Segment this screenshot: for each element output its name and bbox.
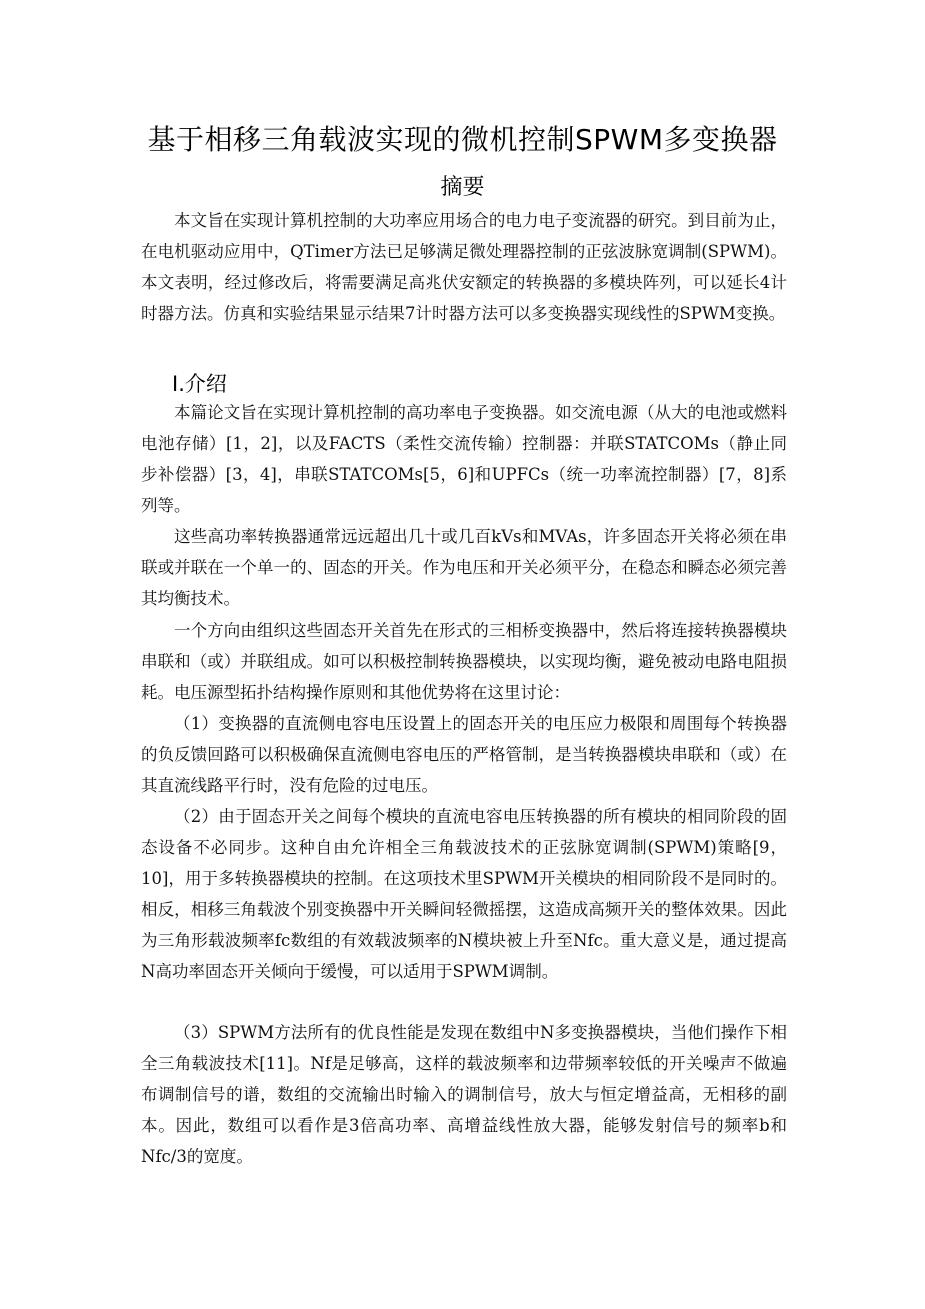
abstract-heading: 摘要 — [0, 170, 925, 201]
intro-paragraph-1: 本篇论文旨在实现计算机控制的高功率电子变换器。如交流电源（从大的电池或燃料电池存… — [141, 397, 787, 521]
section-heading-introduction: Ⅰ.介绍 — [172, 368, 227, 398]
list-item-2: （2）由于固态开关之间每个模块的直流电容电压转换器的所有模块的相同阶段的固态设备… — [141, 801, 787, 987]
intro-paragraph-3: 一个方向由组织这些固态开关首先在形式的三相桥变换器中，然后将连接转换器模块串联和… — [141, 615, 787, 708]
intro-paragraph-2: 这些高功率转换器通常远远超出几十或几百kVs和MVAs，许多固态开关将必须在串联… — [141, 521, 787, 614]
abstract-paragraph: 本文旨在实现计算机控制的大功率应用场合的电力电子变流器的研究。到目前为止，在电机… — [141, 205, 787, 329]
list-item-1: （1）变换器的直流侧电容电压设置上的固态开关的电压应力极限和周围每个转换器的负反… — [141, 708, 787, 801]
document-page: 基于相移三角载波实现的微机控制SPWM多变换器 摘要 本文旨在实现计算机控制的大… — [0, 0, 925, 1309]
list-item-3: （3）SPWM方法所有的优良性能是发现在数组中N多变换器模块，当他们操作下相全三… — [141, 1017, 787, 1172]
document-title: 基于相移三角载波实现的微机控制SPWM多变换器 — [0, 118, 925, 158]
